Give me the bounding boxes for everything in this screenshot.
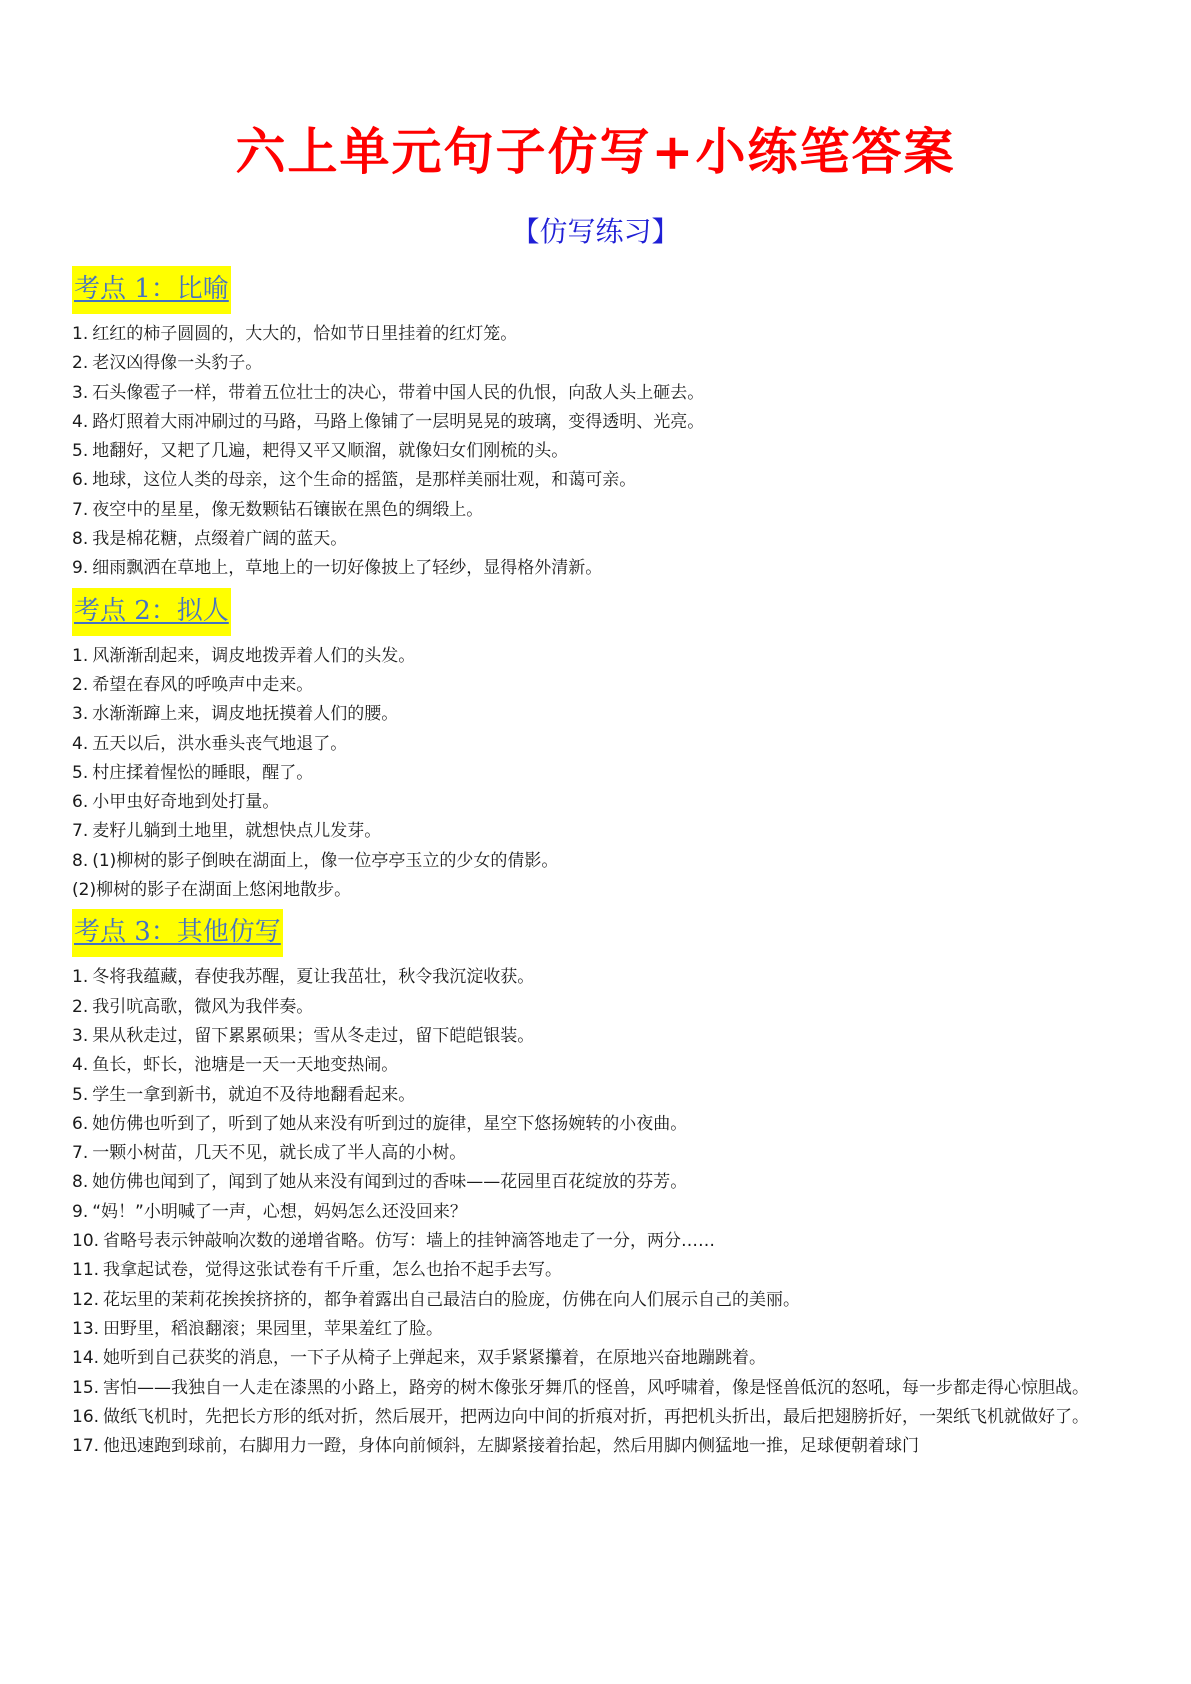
list-item: 5.村庄揉着惺忪的睡眼，醒了。	[72, 759, 1132, 788]
item-number: 7.	[72, 500, 88, 520]
list-item: 1.风渐渐刮起来，调皮地拨弄着人们的头发。	[72, 642, 1132, 671]
section-heading: 考点 2：拟人	[72, 588, 231, 636]
section-other-imitation: 考点 3：其他仿写 1.冬将我蕴藏，春使我苏醒，夏让我茁壮，秋令我沉淀收获。 2…	[72, 909, 1132, 1461]
item-number: 12.	[72, 1290, 99, 1310]
list-item: 6.小甲虫好奇地到处打量。	[72, 788, 1132, 817]
item-text: 省略号表示钟敲响次数的递增省略。仿写：墙上的挂钟滴答地走了一分，两分……	[103, 1231, 715, 1251]
item-text: 做纸飞机时，先把长方形的纸对折，然后展开，把两边向中间的折痕对折，再把机头折出，…	[103, 1407, 1089, 1427]
list-item: 5.地翻好，又耙了几遍，耙得又平又顺溜，就像妇女们刚梳的头。	[72, 437, 1132, 466]
document-subtitle: 【仿写练习】	[0, 214, 1191, 250]
item-number: 6.	[72, 1114, 88, 1134]
list-item: 5.学生一拿到新书，就迫不及待地翻看起来。	[72, 1081, 1132, 1110]
item-number: 6.	[72, 792, 88, 812]
document-body: 考点 1：比喻 1.红红的柿子圆圆的，大大的，恰如节日里挂着的红灯笼。 2.老汉…	[72, 266, 1132, 1465]
answer-list: 1.冬将我蕴藏，春使我苏醒，夏让我茁壮，秋令我沉淀收获。 2.我引吭高歌，微风为…	[72, 963, 1132, 1461]
list-item: 2.希望在春风的呼唤声中走来。	[72, 671, 1132, 700]
list-item: 7.麦籽儿躺到土地里，就想快点儿发芽。	[72, 817, 1132, 846]
item-number: 2.	[72, 997, 88, 1017]
section-personification: 考点 2：拟人 1.风渐渐刮起来，调皮地拨弄着人们的头发。 2.希望在春风的呼唤…	[72, 588, 1132, 906]
list-item: 8.(1)柳树的影子倒映在湖面上，像一位亭亭玉立的少女的倩影。	[72, 847, 1132, 876]
list-item: 17.他迅速跑到球前，右脚用力一蹬，身体向前倾斜，左脚紧接着抬起，然后用脚内侧猛…	[72, 1432, 1132, 1461]
item-text: 一颗小树苗，几天不见，就长成了半人高的小树。	[92, 1143, 466, 1163]
item-text: 学生一拿到新书，就迫不及待地翻看起来。	[92, 1085, 415, 1105]
document-page: 六上单元句子仿写+小练笔答案 【仿写练习】 考点 1：比喻 1.红红的柿子圆圆的…	[0, 0, 1191, 1684]
item-number: 15.	[72, 1378, 99, 1398]
list-item: 4.鱼长，虾长，池塘是一天一天地变热闹。	[72, 1051, 1132, 1080]
item-text: “妈！”小明喊了一声，心想，妈妈怎么还没回来？	[92, 1202, 467, 1222]
item-number: 2.	[72, 675, 88, 695]
item-text: 路灯照着大雨冲刷过的马路，马路上像铺了一层明晃晃的玻璃，变得透明、光亮。	[92, 412, 704, 432]
list-item: 3.石头像雹子一样，带着五位壮士的决心，带着中国人民的仇恨，向敌人头上砸去。	[72, 379, 1132, 408]
item-number: 16.	[72, 1407, 99, 1427]
list-item: 12.花坛里的茉莉花挨挨挤挤的，都争着露出自己最洁白的脸庞，仿佛在向人们展示自己…	[72, 1286, 1132, 1315]
answer-list: 1.风渐渐刮起来，调皮地拨弄着人们的头发。 2.希望在春风的呼唤声中走来。 3.…	[72, 642, 1132, 906]
item-number: 8.	[72, 529, 88, 549]
list-item: 15.害怕——我独自一人走在漆黑的小路上，路旁的树木像张牙舞爪的怪兽，风呼啸着，…	[72, 1374, 1132, 1403]
list-item: 6.地球，这位人类的母亲，这个生命的摇篮，是那样美丽壮观，和蔼可亲。	[72, 466, 1132, 495]
item-text: 麦籽儿躺到土地里，就想快点儿发芽。	[92, 821, 381, 841]
item-number: 9.	[72, 1202, 88, 1222]
item-number: 8.	[72, 1172, 88, 1192]
item-text: 希望在春风的呼唤声中走来。	[92, 675, 313, 695]
item-number: 11.	[72, 1260, 99, 1280]
list-item: 11.我拿起试卷，觉得这张试卷有千斤重，怎么也抬不起手去写。	[72, 1256, 1132, 1285]
list-item: 2.我引吭高歌，微风为我伴奏。	[72, 993, 1132, 1022]
item-text: 我引吭高歌，微风为我伴奏。	[92, 997, 313, 1017]
item-number: 4.	[72, 734, 88, 754]
item-text: 老汉凶得像一头豹子。	[92, 353, 262, 373]
item-number: 5.	[72, 1085, 88, 1105]
item-text: 果从秋走过，留下累累硕果；雪从冬走过，留下皑皑银装。	[92, 1026, 534, 1046]
item-number: 7.	[72, 821, 88, 841]
list-item: 7.夜空中的星星，像无数颗钻石镶嵌在黑色的绸缎上。	[72, 496, 1132, 525]
list-item: 2.老汉凶得像一头豹子。	[72, 349, 1132, 378]
item-text: 鱼长，虾长，池塘是一天一天地变热闹。	[92, 1055, 398, 1075]
list-item: 1.红红的柿子圆圆的，大大的，恰如节日里挂着的红灯笼。	[72, 320, 1132, 349]
document-title: 六上单元句子仿写+小练笔答案	[0, 122, 1191, 182]
list-item: 4.路灯照着大雨冲刷过的马路，马路上像铺了一层明晃晃的玻璃，变得透明、光亮。	[72, 408, 1132, 437]
section-heading-text: 考点 2：拟人	[72, 596, 231, 626]
item-text: 她听到自己获奖的消息，一下子从椅子上弹起来，双手紧紧攥着，在原地兴奋地蹦跳着。	[103, 1348, 766, 1368]
item-text: 石头像雹子一样，带着五位壮士的决心，带着中国人民的仇恨，向敌人头上砸去。	[92, 383, 704, 403]
item-number: 10.	[72, 1231, 99, 1251]
item-text: 她仿佛也听到了，听到了她从来没有听到过的旋律，星空下悠扬婉转的小夜曲。	[92, 1114, 687, 1134]
item-number: 13.	[72, 1319, 99, 1339]
item-number: 14.	[72, 1348, 99, 1368]
list-item: 3.水渐渐蹿上来，调皮地抚摸着人们的腰。	[72, 700, 1132, 729]
item-text: 我拿起试卷，觉得这张试卷有千斤重，怎么也抬不起手去写。	[103, 1260, 562, 1280]
item-number: 5.	[72, 763, 88, 783]
item-number: 4.	[72, 412, 88, 432]
list-item: 3.果从秋走过，留下累累硕果；雪从冬走过，留下皑皑银装。	[72, 1022, 1132, 1051]
item-text: 我是棉花糖，点缀着广阔的蓝天。	[92, 529, 347, 549]
list-item: 9.细雨飘洒在草地上，草地上的一切好像披上了轻纱，显得格外清新。	[72, 554, 1132, 583]
item-text: 地翻好，又耙了几遍，耙得又平又顺溜，就像妇女们刚梳的头。	[92, 441, 568, 461]
item-text: 她仿佛也闻到了，闻到了她从来没有闻到过的香味——花园里百花绽放的芬芳。	[92, 1172, 687, 1192]
list-item: 8.我是棉花糖，点缀着广阔的蓝天。	[72, 525, 1132, 554]
item-number: 2.	[72, 353, 88, 373]
list-item: 7.一颗小树苗，几天不见，就长成了半人高的小树。	[72, 1139, 1132, 1168]
item-text: 小甲虫好奇地到处打量。	[92, 792, 279, 812]
item-text: 害怕——我独自一人走在漆黑的小路上，路旁的树木像张牙舞爪的怪兽，风呼啸着，像是怪…	[103, 1378, 1089, 1398]
list-item: 16.做纸飞机时，先把长方形的纸对折，然后展开，把两边向中间的折痕对折，再把机头…	[72, 1403, 1132, 1432]
item-text: 风渐渐刮起来，调皮地拨弄着人们的头发。	[92, 646, 415, 666]
item-number: 3.	[72, 1026, 88, 1046]
item-text: 村庄揉着惺忪的睡眼，醒了。	[92, 763, 313, 783]
item-text: 水渐渐蹿上来，调皮地抚摸着人们的腰。	[92, 704, 398, 724]
item-number: 3.	[72, 704, 88, 724]
answer-list: 1.红红的柿子圆圆的，大大的，恰如节日里挂着的红灯笼。 2.老汉凶得像一头豹子。…	[72, 320, 1132, 584]
item-number: 3.	[72, 383, 88, 403]
section-metaphor: 考点 1：比喻 1.红红的柿子圆圆的，大大的，恰如节日里挂着的红灯笼。 2.老汉…	[72, 266, 1132, 584]
list-item: 4.五天以后，洪水垂头丧气地退了。	[72, 730, 1132, 759]
item-text: 田野里，稻浪翻滚；果园里，苹果羞红了脸。	[103, 1319, 443, 1339]
section-heading: 考点 1：比喻	[72, 266, 231, 314]
item-number: 1.	[72, 646, 88, 666]
item-text: 地球，这位人类的母亲，这个生命的摇篮，是那样美丽壮观，和蔼可亲。	[92, 470, 636, 490]
item-text: 他迅速跑到球前，右脚用力一蹬，身体向前倾斜，左脚紧接着抬起，然后用脚内侧猛地一推…	[103, 1436, 919, 1456]
item-text: 红红的柿子圆圆的，大大的，恰如节日里挂着的红灯笼。	[92, 324, 517, 344]
item-text: 花坛里的茉莉花挨挨挤挤的，都争着露出自己最洁白的脸庞，仿佛在向人们展示自己的美丽…	[103, 1290, 800, 1310]
item-text: 冬将我蕴藏，春使我苏醒，夏让我茁壮，秋令我沉淀收获。	[92, 967, 534, 987]
item-text: (2)柳树的影子在湖面上悠闲地散步。	[72, 880, 351, 900]
item-text: 五天以后，洪水垂头丧气地退了。	[92, 734, 347, 754]
list-item: (2)柳树的影子在湖面上悠闲地散步。	[72, 876, 1132, 905]
list-item: 6.她仿佛也听到了，听到了她从来没有听到过的旋律，星空下悠扬婉转的小夜曲。	[72, 1110, 1132, 1139]
item-number: 6.	[72, 470, 88, 490]
list-item: 9.“妈！”小明喊了一声，心想，妈妈怎么还没回来？	[72, 1198, 1132, 1227]
list-item: 13.田野里，稻浪翻滚；果园里，苹果羞红了脸。	[72, 1315, 1132, 1344]
item-text: (1)柳树的影子倒映在湖面上，像一位亭亭玉立的少女的倩影。	[92, 851, 558, 871]
section-heading-text: 考点 3：其他仿写	[72, 917, 283, 947]
item-number: 5.	[72, 441, 88, 461]
item-text: 夜空中的星星，像无数颗钻石镶嵌在黑色的绸缎上。	[92, 500, 483, 520]
list-item: 1.冬将我蕴藏，春使我苏醒，夏让我茁壮，秋令我沉淀收获。	[72, 963, 1132, 992]
section-heading-text: 考点 1：比喻	[72, 274, 231, 304]
item-number: 1.	[72, 967, 88, 987]
list-item: 14.她听到自己获奖的消息，一下子从椅子上弹起来，双手紧紧攥着，在原地兴奋地蹦跳…	[72, 1344, 1132, 1373]
item-number: 17.	[72, 1436, 99, 1456]
section-heading: 考点 3：其他仿写	[72, 909, 283, 957]
list-item: 10.省略号表示钟敲响次数的递增省略。仿写：墙上的挂钟滴答地走了一分，两分……	[72, 1227, 1132, 1256]
item-number: 9.	[72, 558, 88, 578]
list-item: 8.她仿佛也闻到了，闻到了她从来没有闻到过的香味——花园里百花绽放的芬芳。	[72, 1168, 1132, 1197]
item-number: 7.	[72, 1143, 88, 1163]
item-number: 1.	[72, 324, 88, 344]
item-text: 细雨飘洒在草地上，草地上的一切好像披上了轻纱，显得格外清新。	[92, 558, 602, 578]
item-number: 4.	[72, 1055, 88, 1075]
item-number: 8.	[72, 851, 88, 871]
